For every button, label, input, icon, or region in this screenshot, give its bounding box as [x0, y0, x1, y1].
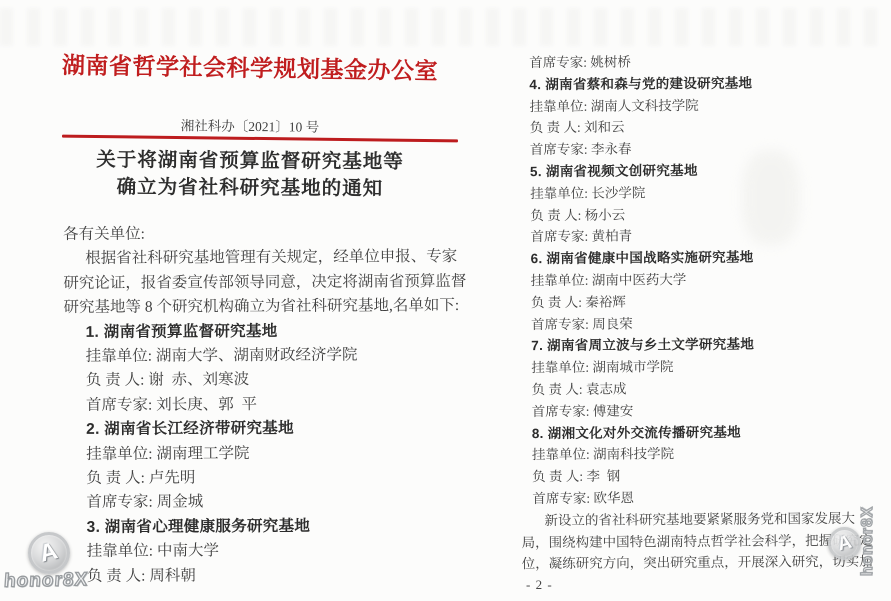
- document-line: 挂靠单位: 湖南城市学院: [531, 355, 851, 379]
- list-item-heading: 8. 湖湘文化对外交流传播研究基地: [532, 420, 852, 444]
- document-line: 新设立的省社科研究基地要紧紧服务党和国家发展大: [544, 508, 852, 532]
- document-line: 首席专家: 刘长庚、郭 平: [86, 392, 464, 418]
- list-item-heading: 4. 湖南省蔡和森与党的建设研究基地: [529, 72, 849, 96]
- document-line: 首席专家: 姚树桥: [529, 50, 849, 74]
- document-line: 研究基地等 8 个研究机构确立为省社科研究基地,名单如下:: [63, 294, 463, 321]
- document-line: 挂靠单位: 湖南中医药大学: [531, 268, 851, 292]
- document-title-line1: 关于将湖南省预算监督研究基地等: [50, 147, 450, 177]
- list-item-heading: 5. 湖南省视频文创研究基地: [530, 159, 850, 183]
- document-title: 关于将湖南省预算监督研究基地等 确立为省社科研究基地的通知: [50, 147, 450, 204]
- document-line: 负 责 人: 袁志成: [531, 377, 851, 401]
- document-title-line2: 确立为省社科研究基地的通知: [50, 174, 450, 204]
- document-line: 负 责 人: 刘和云: [530, 115, 850, 139]
- scan-artifact-band: [0, 8, 891, 46]
- page-number: - 2 -: [526, 577, 553, 593]
- document-line: 挂靠单位: 中南大学: [87, 538, 465, 564]
- document-line: 负 责 人: 谢 赤、刘寒波: [86, 367, 464, 393]
- document-line: 负 责 人: 李 钢: [532, 464, 852, 488]
- camera-watermark-right-edge: A honor8X: [820, 485, 890, 600]
- document-line: 负 责 人: 卢先明: [86, 465, 464, 491]
- document-line: 挂靠单位: 湖南科技学院: [532, 442, 852, 466]
- document-line: 局，围绕构建中国特色湖南特点哲学社会科学，把握研究定: [522, 529, 853, 553]
- list-item-heading: 7. 湖南省周立波与乡土文学研究基地: [531, 333, 851, 357]
- list-item-heading: 6. 湖南省健康中国战略实施研究基地: [531, 246, 851, 270]
- document-line: 挂靠单位: 湖南理工学院: [86, 441, 464, 467]
- document-line: 首席专家: 欧华恩: [532, 486, 852, 510]
- document-line: 负 责 人: 秦裕辉: [531, 290, 851, 314]
- document-line: 首席专家: 黄柏青: [530, 224, 850, 248]
- document-line: 首席专家: 周良荣: [531, 311, 851, 335]
- list-item-heading: 2. 湖南省长江经济带研究基地: [86, 416, 464, 442]
- honor-brand-text: honor8X: [3, 569, 89, 592]
- honor-ai-logo-letter: A: [37, 537, 61, 568]
- honor-brand-text: honor8X: [859, 487, 877, 595]
- honor-ai-logo-icon: A: [828, 527, 861, 560]
- page-2-body: 首席专家: 姚树桥4. 湖南省蔡和森与党的建设研究基地挂靠单位: 湖南人文科技学…: [529, 50, 853, 575]
- document-line: 根据省社科研究基地管理有关规定，经单位申报、专家: [85, 245, 463, 271]
- page-1-body: 各有关单位:根据省社科研究基地管理有关规定，经单位申报、专家研究论证，报省委宣传…: [63, 221, 465, 589]
- list-item-heading: 3. 湖南省心理健康服务研究基地: [87, 514, 465, 540]
- document-line: 首席专家: 李永春: [530, 137, 850, 161]
- document-line: 负 责 人: 杨小云: [530, 202, 850, 226]
- document-line: 首席专家: 傅建安: [532, 399, 852, 423]
- document-line: 位，凝练研究方向，突出研究重点，开展深入研究，切实加: [522, 551, 853, 575]
- document-line: 负 责 人: 周科朝: [87, 563, 465, 589]
- document-line: 首席专家: 周金城: [86, 489, 464, 515]
- scanned-document: 湖南省哲学社会科学规划基金办公室 湘社科办〔2021〕10 号 关于将湖南省预算…: [0, 0, 891, 601]
- list-item-heading: 1. 湖南省预算监督研究基地: [86, 319, 464, 345]
- document-line: 研究论证，报省委宣传部领导同意，决定将湖南省预算监督: [63, 270, 463, 297]
- document-line: 挂靠单位: 湖南人文科技学院: [529, 93, 849, 117]
- document-line: 挂靠单位: 长沙学院: [530, 181, 850, 205]
- document-line: 各有关单位:: [63, 221, 463, 248]
- document-line: 挂靠单位: 湖南大学、湖南财政经济学院: [86, 343, 464, 369]
- honor-ai-logo-letter: A: [835, 531, 854, 556]
- issuing-org-title: 湖南省哲学社会科学规划基金办公室: [50, 47, 450, 86]
- honor-ai-logo-icon: A: [28, 532, 70, 574]
- camera-watermark-bottom-left: A honor8X: [0, 525, 120, 600]
- document-number: 湘社科办〔2021〕10 号: [50, 113, 450, 137]
